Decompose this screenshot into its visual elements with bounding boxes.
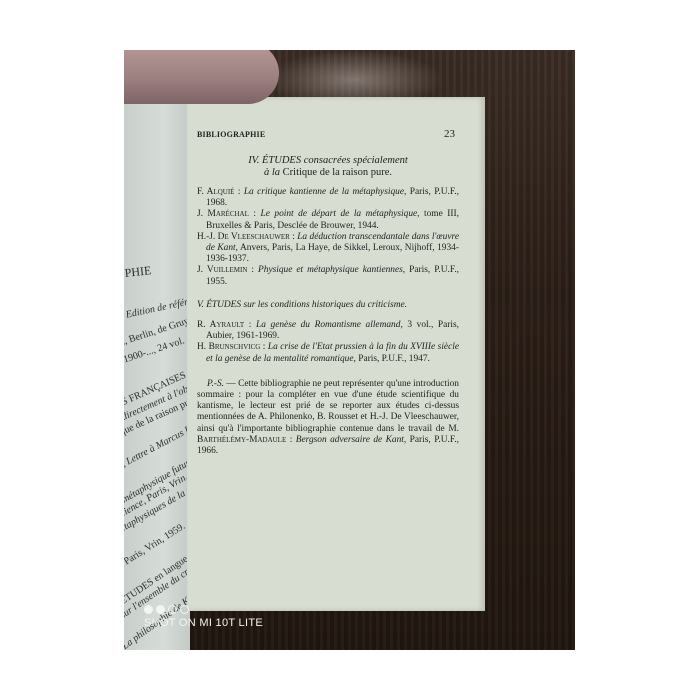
watermark-text: SHOT ON MI 10T LITE — [144, 617, 263, 629]
entry-details: , Anvers, Paris, La Haye, de Sikkel, Ler… — [206, 243, 459, 264]
entry-title: Le point de départ de la métaphysique — [261, 209, 418, 219]
entry-author: J. Maréchal — [197, 209, 249, 219]
section-iv-title: IV. ÉTUDES consacrées spécialement à la … — [197, 155, 459, 179]
page-number: 23 — [444, 128, 455, 140]
finger — [124, 50, 279, 104]
entry-title: Physique et métaphysique kantiennes — [258, 265, 403, 275]
entry-author: F. Alquié — [197, 187, 234, 197]
camera-watermark: SHOT ON MI 10T LITE — [144, 605, 263, 629]
bibliography-entry: F. Alquié : La critique kantienne de la … — [197, 187, 459, 209]
entry-sep: : — [247, 265, 258, 275]
left-page-text: PHIE — [124, 263, 152, 281]
book-photo: PHIE , Edition de référence n, Berlin, d… — [124, 50, 575, 650]
entry-author: J. Vuillemin — [197, 265, 247, 275]
watermark-dots — [144, 605, 263, 614]
light-reflection — [264, 50, 444, 100]
entry-title: La critique kantienne de la métaphysique — [244, 187, 404, 197]
entry-sep: : — [249, 209, 261, 219]
dot-icon — [168, 605, 177, 614]
bibliography-entry: R. Ayrault : La genèse du Romantisme all… — [197, 320, 459, 342]
entry-title: La genèse du Romantisme allemand — [256, 320, 400, 330]
section-iv-title-rest: Critique de la raison pure. — [283, 167, 392, 178]
section-iv-title-line1: IV. ÉTUDES consacrées spécialement — [248, 155, 408, 166]
running-header: BIBLIOGRAPHIE — [197, 130, 265, 139]
entry-sep: : — [244, 320, 256, 330]
bibliography-entry: J. Maréchal : Le point de départ de la m… — [197, 209, 459, 231]
postscript-label: P.-S. — [207, 379, 224, 389]
dot-icon — [156, 605, 165, 614]
dot-icon — [144, 605, 153, 614]
right-page: BIBLIOGRAPHIE 23 IV. ÉTUDES consacrées s… — [187, 97, 485, 611]
left-page: PHIE , Edition de référence n, Berlin, d… — [124, 98, 190, 650]
entry-sep: : — [260, 342, 268, 352]
bibliography-entry: H.-J. De Vleeschauwer : La déduction tra… — [197, 232, 459, 266]
bibliography-content: IV. ÉTUDES consacrées spécialement à la … — [197, 155, 459, 457]
section-iv-title-prefix: à la — [264, 167, 280, 178]
dot-icon — [180, 605, 189, 614]
bibliography-entry: J. Vuillemin : Physique et métaphysique … — [197, 265, 459, 287]
bibliography-entry: H. Brunschvicg : La crise de l'Etat prus… — [197, 342, 459, 364]
postscript-sep: : — [286, 435, 296, 445]
postscript-text: — Cette bibliographie ne peut représente… — [197, 379, 459, 434]
entry-author: H.-J. De Vleeschauwer — [197, 232, 290, 242]
entry-sep: : — [234, 187, 243, 197]
entry-author: H. Brunschvicg — [197, 342, 260, 352]
entry-author: R. Ayrault — [197, 320, 244, 330]
postscript-title: Bergson adversaire de Kant — [296, 435, 404, 445]
postscript: P.-S. — Cette bibliographie ne peut repr… — [197, 379, 459, 457]
section-v-title: V. ÉTUDES sur les conditions historiques… — [197, 300, 459, 311]
entry-details: , Paris, P.U.F., 1947. — [354, 354, 430, 364]
